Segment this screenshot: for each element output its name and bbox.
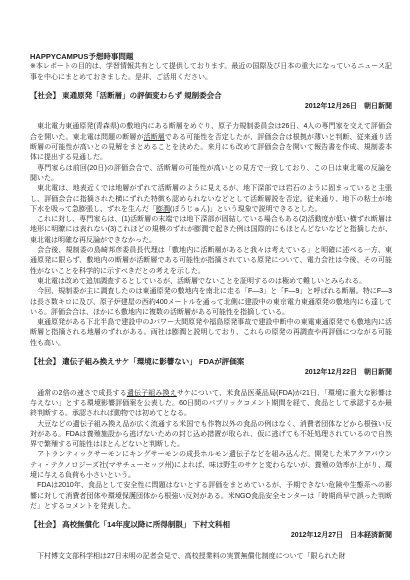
article: 【社会】 高校無償化「14年度以降に所得制限」 下村文科相2012年12月27日… [30,520,392,562]
article-date-source: 2012年12月22日 朝日新聞 [30,368,392,378]
document-title: HAPPYCAMPUS予想時事問題 [30,52,392,62]
articles: 【社会】 東通原発「活断層」の評価変わらず 規制委会合2012年12月26日 朝… [30,91,392,562]
article-paragraph: アトランティックサーモンにキングサーモンの成長ホルモン遺伝子などを組み込んだ。開… [30,450,392,481]
article-paragraph: 通常の2倍の速さで成長する遺伝子組み換えサケについて、米食品医薬品局(FDA)が… [30,389,392,420]
document-disclaimer: ※本レポートの目的は、学習情報共有として提供しております。最近の国際及び日本の重… [30,62,392,83]
underlined-term: 遺伝子組み換え [127,390,177,397]
article-paragraph: 今回、規制委が主に調査したのは東通原発の敷地内を南北に走る「F―3」と「F―9」… [30,287,392,318]
article-paragraph: FDAは2010年、食品として安全性に問題はないとする評価をまとめているが、予期… [30,481,392,512]
article-paragraph: 東北電力東通原発(青森県)の敷地内にある断層をめぐり、原子力規制委員会は26日、… [30,122,392,163]
article-date-source: 2012年12月26日 朝日新聞 [30,102,392,112]
article-paragraph: 会合後、規制委の島崎邦彦委員長代理は「敷地内に活断層があると我々は考えている」と… [30,246,392,277]
article-date-source: 2012年12月27日 日本経済新聞 [30,531,392,541]
document-header: HAPPYCAMPUS予想時事問題 ※本レポートの目的は、学習情報共有として提供… [30,52,392,83]
article: 【社会】 遺伝子組み換えサケ「環境に影響ない」 FDAが評価案2012年12月2… [30,357,392,512]
underlined-term: 活断層 [144,134,165,141]
article-title: 【社会】 東通原発「活断層」の評価変わらず 規制委会合 [30,91,392,101]
article: 【社会】 東通原発「活断層」の評価変わらず 規制委会合2012年12月26日 朝… [30,91,392,349]
article-title: 【社会】 高校無償化「14年度以降に所得制限」 下村文科相 [30,520,392,530]
document-page: HAPPYCAMPUS予想時事問題 ※本レポートの目的は、学習情報共有として提供… [0,0,410,580]
article-paragraph: 東北電は、地表近くでは地層がずれて活断層のように見えるが、地下深部では岩石のよう… [30,184,392,215]
article-paragraph: 東北電は改めて追加調査するとしているが、活断層でないことを証明するのは極めて難し… [30,277,392,287]
article-paragraph: 下村博文文部科学相は27日未明の記者会見で、高校授業料の実質無償化制度について「… [30,552,392,562]
article-paragraph: 大豆などの遺伝子組み換え品が広く流通する米国でも作物以外の食品の例はなく、消費者… [30,420,392,451]
article-paragraph: 専門家らは前回(20日)の評価会合で、活断層の可能性が高いとの見方で一致しており… [30,164,392,185]
underlined-term: 膨潤 [156,206,170,213]
article-paragraph: 東通原発がある下北半島で建設中のJパワー大間原発や福島原発事故で建設中断中の東電… [30,318,392,349]
article-paragraph: これに対し、専門家らは、(1)活断層の末端では地下深部が固結している場合もある(… [30,215,392,246]
article-title: 【社会】 遺伝子組み換えサケ「環境に影響ない」 FDAが評価案 [30,357,392,367]
